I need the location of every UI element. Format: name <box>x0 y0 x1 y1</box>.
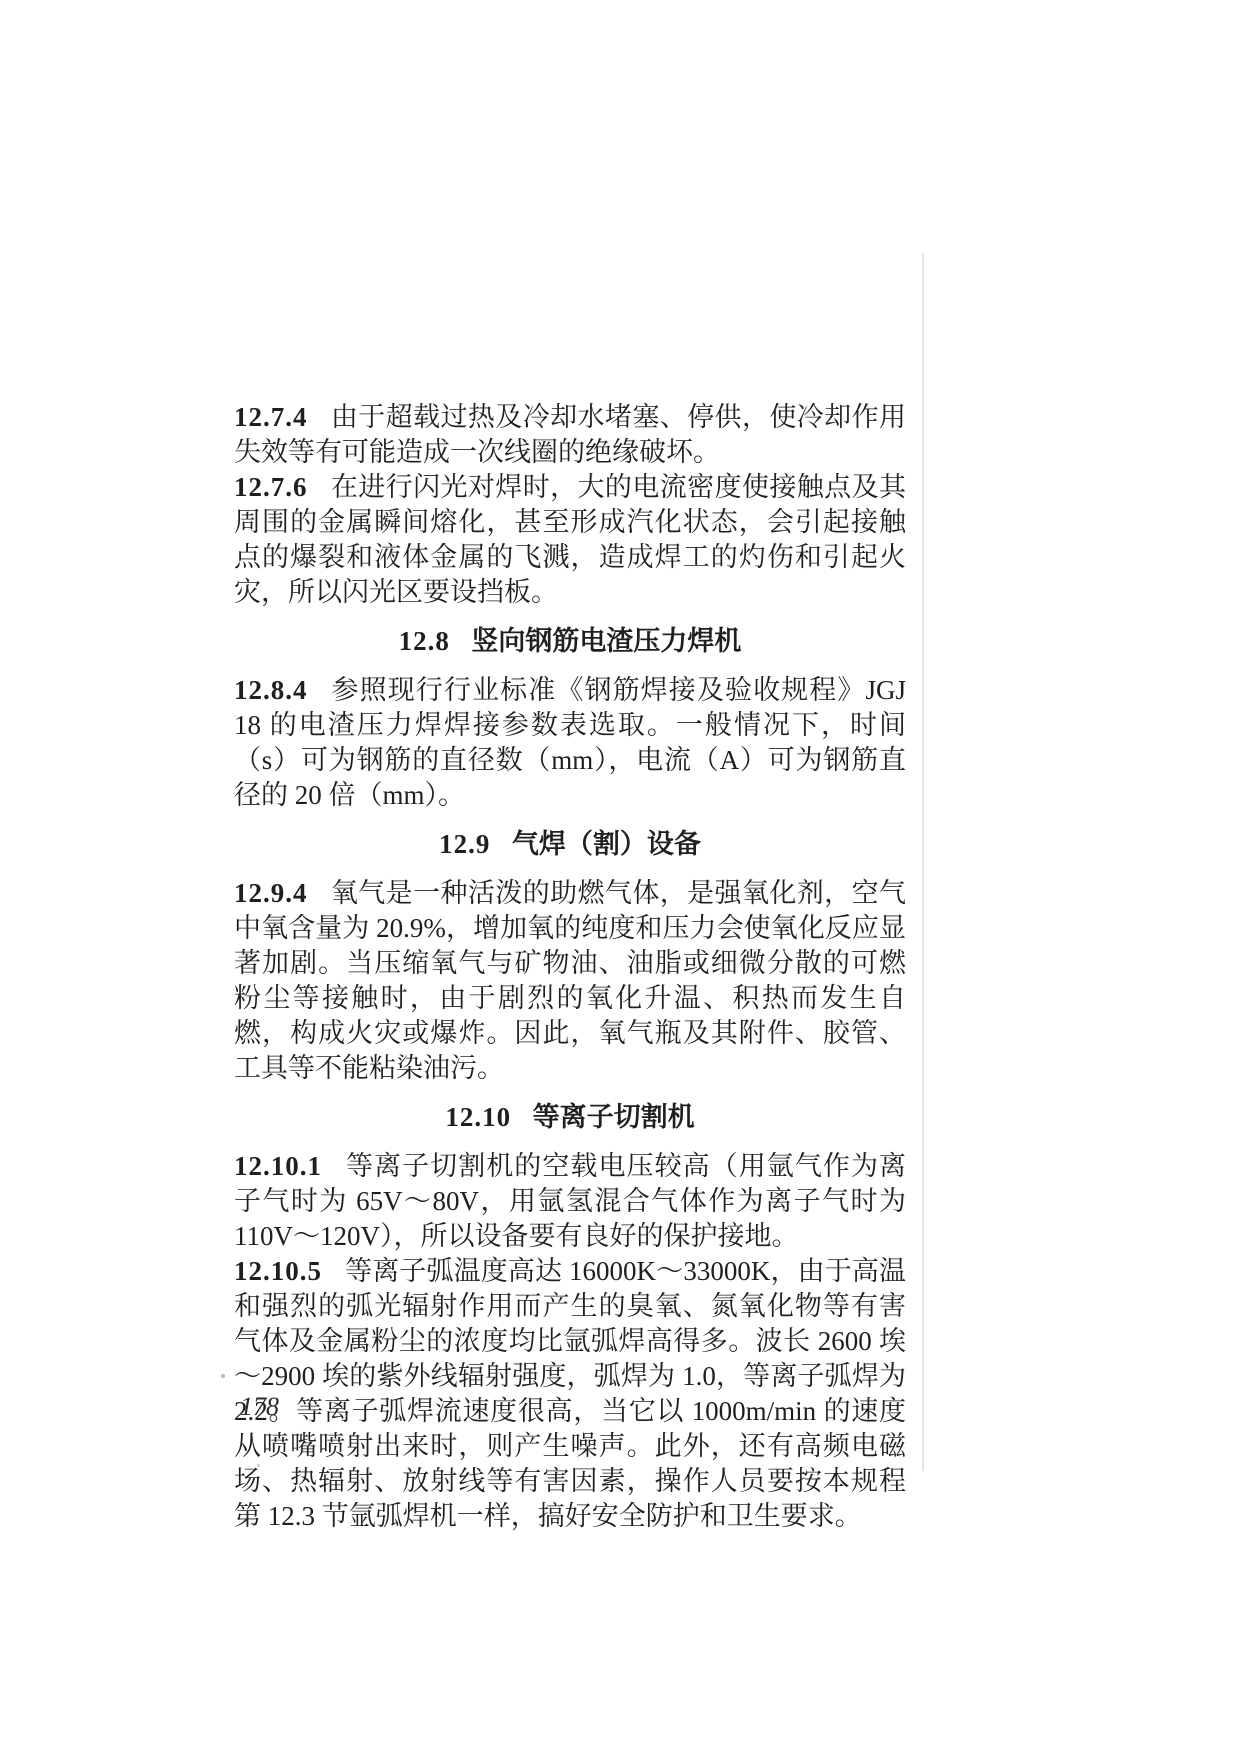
clause-12-7-4: 12.7.4由于超载过热及冷却水堵塞、停供，使冷却作用失效等有可能造成一次线圈的… <box>234 400 906 470</box>
section-heading-12-10: 12.10等离子切割机 <box>234 1100 906 1135</box>
document-page: 12.7.4由于超载过热及冷却水堵塞、停供，使冷却作用失效等有可能造成一次线圈的… <box>0 0 1240 1754</box>
heading-number: 12.9 <box>439 829 490 859</box>
heading-title: 气焊（割）设备 <box>512 829 701 859</box>
heading-title: 等离子切割机 <box>533 1102 695 1132</box>
clause-number: 12.8.4 <box>234 675 308 705</box>
clause-text: 在进行闪光对焊时，大的电流密度使接触点及其周围的金属瞬间熔化，甚至形成汽化状态，… <box>234 472 906 607</box>
clause-text: 由于超载过热及冷却水堵塞、停供，使冷却作用失效等有可能造成一次线圈的绝缘破坏。 <box>234 402 906 467</box>
heading-title: 竖向钢筋电渣压力焊机 <box>471 626 741 656</box>
clause-number: 12.7.4 <box>234 402 308 432</box>
scan-fold-line <box>922 253 924 1471</box>
clause-text: 等离子弧温度高达 16000K～33000K，由于高温和强烈的弧光辐射作用而产生… <box>234 1256 906 1531</box>
section-heading-12-9: 12.9气焊（割）设备 <box>234 827 906 862</box>
clause-12-8-4: 12.8.4参照现行行业标准《钢筋焊接及验收规程》JGJ 18 的电渣压力焊焊接… <box>234 673 906 813</box>
heading-number: 12.8 <box>399 626 450 656</box>
scan-speck <box>257 1464 260 1467</box>
clause-12-9-4: 12.9.4氧气是一种活泼的助燃气体，是强氧化剂，空气中氧含量为 20.9%，增… <box>234 876 906 1086</box>
clause-number: 12.9.4 <box>234 878 308 908</box>
clause-text: 等离子切割机的空载电压较高（用氩气作为离子气时为 65V～80V，用氩氢混合气体… <box>234 1151 906 1251</box>
clause-text: 参照现行行业标准《钢筋焊接及验收规程》JGJ 18 的电渣压力焊焊接参数表选取。… <box>234 675 906 810</box>
heading-number: 12.10 <box>445 1102 511 1132</box>
section-heading-12-8: 12.8竖向钢筋电渣压力焊机 <box>234 624 906 659</box>
page-number: 178 <box>240 1392 279 1422</box>
scan-speck <box>221 1374 225 1378</box>
clause-12-7-6: 12.7.6在进行闪光对焊时，大的电流密度使接触点及其周围的金属瞬间熔化，甚至形… <box>234 470 906 610</box>
clause-number: 12.10.1 <box>234 1151 322 1181</box>
text-column: 12.7.4由于超载过热及冷却水堵塞、停供，使冷却作用失效等有可能造成一次线圈的… <box>234 400 906 1534</box>
clause-text: 氧气是一种活泼的助燃气体，是强氧化剂，空气中氧含量为 20.9%，增加氧的纯度和… <box>234 878 906 1083</box>
clause-number: 12.7.6 <box>234 472 308 502</box>
clause-number: 12.10.5 <box>234 1256 322 1286</box>
clause-12-10-1: 12.10.1等离子切割机的空载电压较高（用氩气作为离子气时为 65V～80V，… <box>234 1149 906 1254</box>
clause-12-10-5: 12.10.5等离子弧温度高达 16000K～33000K，由于高温和强烈的弧光… <box>234 1254 906 1534</box>
